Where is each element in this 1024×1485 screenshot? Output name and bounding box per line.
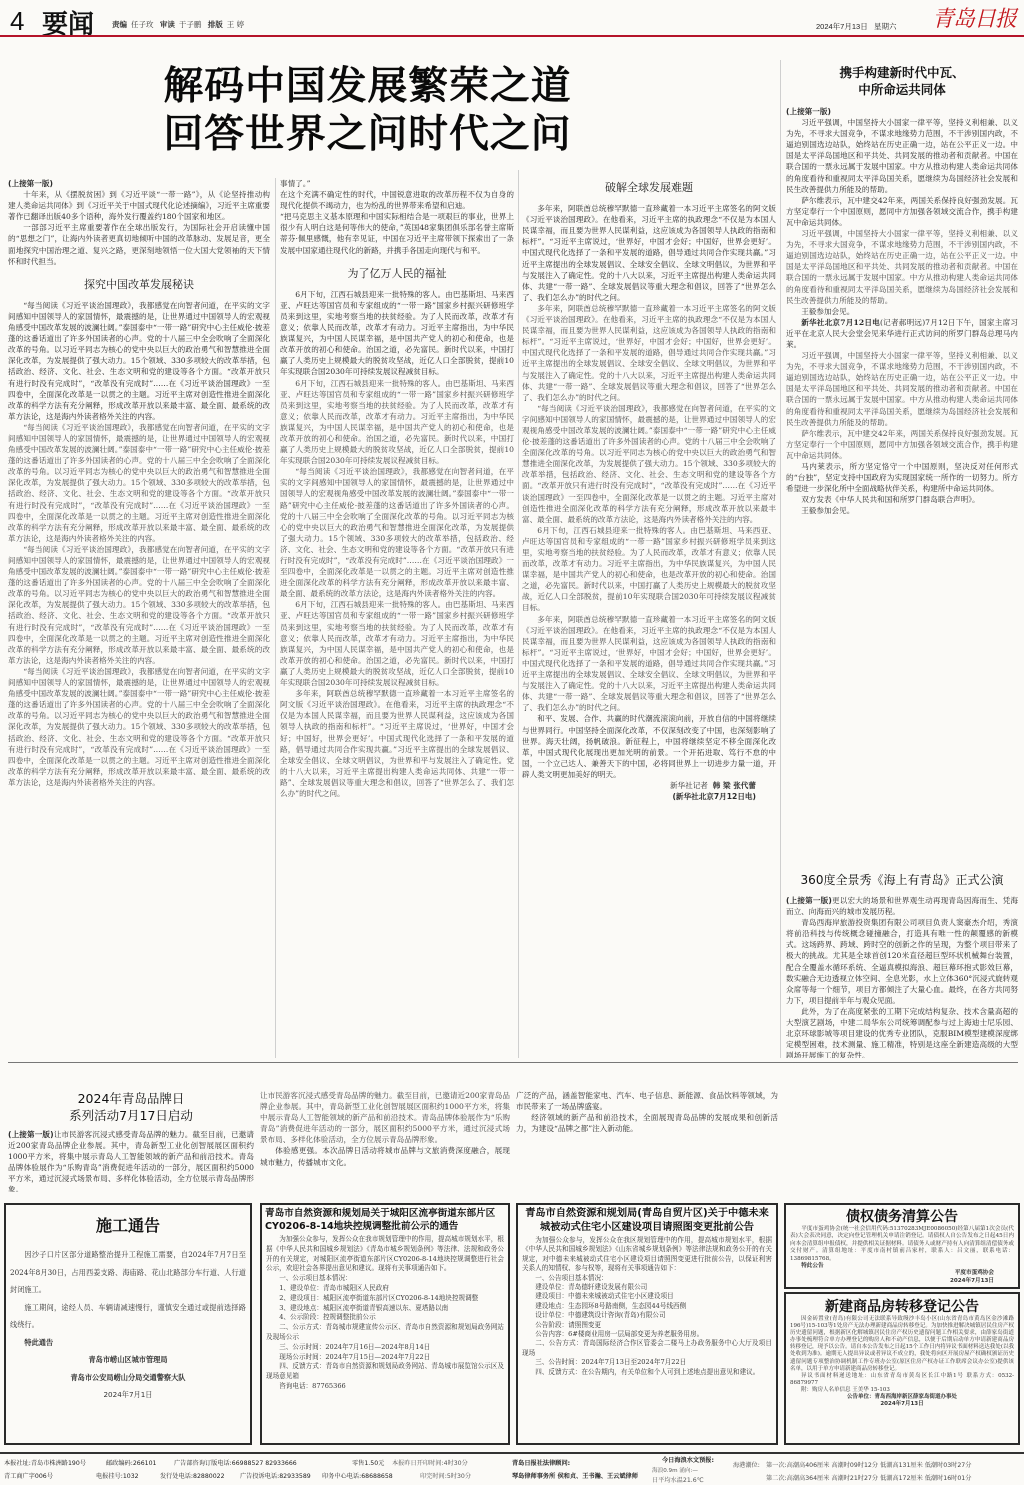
paragraph: “每当阅读《习近平谈治国理政》，我都感觉在向智者问道，在平实的文字间感知中国领导…: [8, 544, 270, 666]
continued-marker: (上接第一版): [786, 896, 832, 905]
paragraph: 经济领域的新产品和前沿技术，全面展现青岛品牌的发展成果和创新活力，为建设“品牌之…: [516, 1112, 778, 1134]
issue-date: 2024年7月13日 星期六: [816, 21, 896, 32]
article-title: 携手构建新时代中瓦、 中所命运共同体: [786, 64, 1018, 98]
footer-price: 零售1.50元: [352, 1458, 384, 1467]
main-article-column-3: 破解全球发展难题 多年来，阿联酋总统穆罕默德一直珍藏着一本习近平主席签名的阿文版…: [522, 168, 776, 1058]
paragraph: 为加强公众参与，发挥公众在我市规划管理中的作用，提高城市规划水平，根据《中华人民…: [266, 1235, 504, 1274]
paragraph: 因沙子口片区部分道路整治提升工程施工需要，自2024年7月7日至2024年8月3…: [10, 1246, 246, 1299]
notice-title: 青岛市自然资源和规划局(青岛自贸片区)关于中德未来城被动式住宅小区建设项目请照图…: [518, 1205, 776, 1236]
paragraph: “每当阅读《习近平谈治国理政》，我都感觉在向智者问道，在平实的文字间感知中国领导…: [8, 666, 270, 788]
footer-postcode: 邮政编码:266101: [106, 1458, 156, 1467]
masthead: 4 要闻 责编任子玫 审读于子鹏 排版王 婷 2024年7月13日 星期六 青岛…: [0, 0, 1024, 38]
date: 2024年7月13日: [816, 22, 868, 31]
paragraph: 让市民游客沉浸式感受青岛品牌的魅力。截至目前，已邀请近200家青岛品牌企业参展。…: [8, 1130, 254, 1192]
zhongde-planning-notice: 青岛市自然资源和规划局(青岛自贸片区)关于中德未来城被动式住宅小区建设项目请照图…: [516, 1203, 778, 1445]
paragraph: 6月下旬，江西石城县迎来一批特殊的客人。由巴基斯坦、马来西亚、卢旺达等国官员和专…: [280, 289, 514, 378]
column-divider: [780, 60, 781, 1058]
notice-title: 债权债务清算公告: [786, 1206, 1018, 1226]
list-item: 1、建设单位：青岛市城阳区人民政府: [266, 1284, 504, 1294]
dateline-lead: 新华社北京7月12日电: [801, 318, 880, 327]
byline: 新华社记者 韩 梁 张代蕾: [522, 780, 756, 791]
paragraph: 十年来，从《摆脱贫困》到《习近平谈“一带一路”》，从《论坚持推动构建人类命运共同…: [8, 189, 270, 222]
credit-label: 排版: [208, 20, 223, 29]
headline-line-1: 解码中国发展繁荣之道: [164, 62, 623, 110]
notice-date: 2024年7月13日: [790, 1278, 994, 1285]
paragraph: 习近平强调，中国坚持大小国家一律平等，坚持义利相兼、以义为先，不寻求大国竞争，不…: [786, 117, 1018, 195]
construction-notice: 施工通告 因沙子口片区部分道路整治提升工程施工需要，自2024年7月7日至202…: [4, 1203, 252, 1445]
list-item: 4、公示阶段：控规调整批前公示: [266, 1313, 504, 1323]
credit-label: 责编: [112, 20, 127, 29]
list-item: 三、公示时间：2024年7月16日—2024年8月14日: [266, 1343, 504, 1353]
footer-print-center: 印务中心电话:68688658: [322, 1471, 393, 1480]
page-number: 4: [10, 6, 24, 37]
article-title: 2024年青岛品牌日 系列活动7月17日启动: [8, 1090, 254, 1124]
paragraph: 和平、发展、合作、共赢的时代潮流滚滚向前，开放自信的中国将继续与世界同行。中国坚…: [522, 713, 776, 780]
paragraph: 平度市蛋鸡协会(统一社会信用代码:51370283MJE0086050)经第八届…: [790, 1226, 1014, 1263]
paragraph: 广泛的产品，涵盖智能家电、汽车、电子信息、新能源、食品饮料等领域，为市民带来了一…: [516, 1090, 778, 1112]
editor-credits: 责编任子玫 审读于子鹏 排版王 婷: [112, 19, 248, 30]
chengyang-planning-notice: 青岛市自然资源和规划局关于城阳区流亭街道东部片区CY0206-8-14地块控规调…: [260, 1203, 510, 1445]
list-item: 三、公告时间：2024年7月13日至2024年7月22日: [522, 1358, 772, 1367]
section-heading: 为了亿万人民的福祉: [280, 268, 514, 279]
side-article-diplomacy: 携手构建新时代中瓦、 中所命运共同体 (上接第一版) 习近平强调，中国坚持大小国…: [786, 64, 1018, 850]
issuer: 平度市蛋鸡协会: [790, 1270, 994, 1277]
footer-license: 青工商广字006号: [4, 1471, 53, 1480]
masthead-rule: [0, 35, 1024, 37]
footer-tide-label: 海港潮位:: [733, 1460, 760, 1469]
paragraph: 体验感更强。本次品牌日活动将城市品牌与文旅消费深度融合，展现城市魅力，传播城市文…: [260, 1145, 510, 1167]
notice-title: 青岛市自然资源和规划局关于城阳区流亭街道东部片区CY0206-8-14地块控规调…: [262, 1205, 508, 1235]
list-item: 二、公告方式：青岛国际经济合作区管委会二楼马上办政务服务中心大厅及项目现场: [522, 1339, 772, 1358]
list-item: 2、建设项目：城阳区流亭街道东部片区CY0206-8-14地块控规调整: [266, 1294, 504, 1304]
brand-day-article-col-2: 让市民游客沉浸式感受青岛品牌的魅力。截至目前，已邀请近200家青岛品牌企业参展。…: [260, 1090, 510, 1192]
title-line-2: 系列活动7月17日启动: [8, 1107, 254, 1124]
list-item: 二、公示方式：青岛城市规建宣传公示区、青岛市自然资源和规划局政务网站及现场公示: [266, 1323, 504, 1343]
side-article-360-show: 360度全景秀《海上有青岛》正式公演 (上接第一版)更以宏大的场景和世界观生动再…: [786, 872, 1018, 1058]
paragraph: 王毅参加会见。: [786, 306, 1018, 317]
section-heading: 破解全球发展难题: [522, 182, 776, 193]
page-footer: 本报社址:青岛市株洲路190号 邮政编码:266101 广告部咨询订版电话:66…: [0, 1452, 1024, 1485]
paragraph: 施工期间，途经人员、车辆请减速慢行，谨慎安全通过或提前选择路线绕行。: [10, 1299, 246, 1334]
paragraph: 多年来，阿联酋总统穆罕默德一直珍藏着一本习近平主席签名的阿文版《习近平谈治国理政…: [522, 614, 776, 714]
paragraph: 双方发表《中华人民共和国和所罗门群岛联合声明》。: [786, 494, 1018, 505]
list-item: 设计单位：中德建筑设计咨询(青岛)有限公司: [522, 1311, 772, 1320]
list-item: 3、建设地点：城阳区流亭街道青银高速以东、夏塔路以南: [266, 1304, 504, 1314]
newspaper-logo: 青岛日报: [932, 2, 1016, 33]
housing-registration-notice: 新建商品房转移登记公告 因金砖置业(青岛)有限公司无法联系导致缦沙丰岛小区(山东…: [784, 1292, 1020, 1445]
list-item: 四、反馈方式：青岛市自然资源和规划局政务网站、青岛城市展览馆公示区及现场意见箱: [266, 1362, 504, 1382]
paragraph: 多年来，阿联酋总统穆罕默德一直珍藏着一本习近平主席签名的阿文版《习近平谈治国理政…: [522, 303, 776, 403]
credit-name: 任子玫: [131, 20, 154, 29]
paragraph: 附：购房人名单信息 王美华 15-103: [790, 1387, 1014, 1394]
paragraph: 萨尔维表示，瓦中建交42年来，两国关系保持良好强劲发展。瓦方坚定奉行一个中国原则…: [786, 195, 1018, 228]
section-divider: [8, 1062, 1018, 1063]
column-divider: [275, 178, 276, 1058]
paragraph: 让市民游客沉浸式感受青岛品牌的魅力。截至目前，已邀请近200家青岛品牌企业参展。…: [260, 1090, 510, 1145]
continued-marker: (上接第一版): [8, 179, 53, 188]
footer-water-temp: 日平均水温21.6℃: [652, 1475, 704, 1484]
notice-title: 新建商品房转移登记公告: [786, 1296, 1018, 1316]
footer-telegram: 电报挂号:1032: [96, 1471, 139, 1480]
credit-name: 王 婷: [227, 20, 244, 29]
paragraph: 青岛西海岸旅游投资集团有限公司项目负责人窦豪杰介绍，秀演将前沿科技与传统概念碰撞…: [786, 917, 1018, 1006]
paragraph: 事情了。” 在这个充满不确定性的时代，中国锐意进取的改革历程不仅为自身的现代化提…: [280, 178, 514, 256]
paragraph: 多年来，阿联酋总统穆罕默德一直珍藏着一本习近平主席签名的阿文版《习近平谈治国理政…: [280, 688, 514, 799]
title-line-1: 2024年青岛品牌日: [8, 1090, 254, 1107]
headline-line-2: 回答世界之问时代之问: [164, 110, 623, 158]
footer-wave: 海浪0.9m 涌向:—: [652, 1466, 698, 1474]
footer-address: 本报社址:青岛市株洲路190号: [4, 1458, 86, 1467]
brand-day-article: 2024年青岛品牌日 系列活动7月17日启动 (上接第一版)让市民游客沉浸式感受…: [8, 1090, 254, 1192]
title-line-2: 中所命运共同体: [786, 81, 1018, 98]
paragraph: 王毅参加会见。: [786, 505, 1018, 516]
paragraph: 萨尔维表示，瓦中建交42年来，两国关系保持良好强劲发展。瓦方坚定奉行一个中国原则…: [786, 428, 1018, 461]
paragraph: “每当阅读《习近平谈治国理政》，我都感觉在向智者问道，在平实的文字间感知中国领导…: [8, 422, 270, 544]
credit-label: 审读: [160, 20, 175, 29]
footer-tide-1: 第一次:高潮高406厘米 高潮时09时12分 低潮高131厘米 低潮时03时27…: [766, 1460, 971, 1469]
paragraph: 一部部习近平主席重要著作在全球出版发行，为国际社会开启读懂中国的“思想之门”，让…: [8, 222, 270, 266]
debt-liquidation-notice: 债权债务清算公告 平度市蛋鸡协会(统一社会信用代码:51370283MJE008…: [784, 1203, 1020, 1289]
notice-closing: 特此通告: [10, 1334, 246, 1352]
title-line-1: 携手构建新时代中瓦、: [786, 64, 1018, 81]
paragraph: “每当阅读《习近平谈治国理政》，我都感觉在向智者问道，在平实的文字间感知中国领导…: [8, 300, 270, 422]
footer-complaint: 广告投诉电话:82933589: [240, 1471, 311, 1480]
list-item: 一、公告项目基本情况：: [522, 1274, 772, 1283]
footer-print-end: 印完时间:5时30分: [420, 1471, 471, 1480]
continued-marker: (上接第一版): [786, 107, 831, 116]
footer-legal-firm: 琴岛律师事务所 侯和贞、王书瀚、王云斌律师: [512, 1471, 638, 1480]
list-item: 公告阶段：请照图变更: [522, 1321, 772, 1330]
footer-ad-phone: 广告部咨询订版电话:66988527 82933666: [174, 1458, 297, 1467]
main-headline: 解码中国发展繁荣之道 回答世界之问时代之问: [164, 62, 623, 158]
paragraph: 6月下旬，江西石城县迎来一批特殊的客人。由巴基斯坦、马来西亚、卢旺达等国官员和专…: [522, 525, 776, 614]
main-article-column-2: 事情了。” 在这个充满不确定性的时代，中国锐意进取的改革历程不仅为自身的现代化提…: [280, 178, 514, 1058]
notice-date: 2024年7月1日: [10, 1386, 246, 1404]
main-article-column-1: (上接第一版) 十年来，从《摆脱贫困》到《习近平谈“一带一路”》，从《论坚持推动…: [8, 178, 270, 1058]
paragraph: 6月下旬，江西石城县迎来一批特殊的客人。由巴基斯坦、马来西亚、卢旺达等国官员和专…: [280, 378, 514, 467]
news-dateline: (新华社北京7月12日电): [522, 791, 756, 802]
footer-print-start: 本报昨日开印时间:4时30分: [392, 1458, 468, 1467]
weekday: 星期六: [874, 22, 897, 31]
list-item: 建设地点：生态园环8号路南侧，生态园44号线西侧: [522, 1302, 772, 1311]
footer-legal-title: 青岛日报社法律顾问:: [512, 1458, 570, 1467]
paragraph: 多年来，阿联酋总统穆罕默德一直珍藏着一本习近平主席签名的阿文版《习近平谈治国理政…: [522, 203, 776, 303]
notice-title: 施工通告: [6, 1213, 250, 1236]
footer-forecast-title: 今日海浪水文预报:: [662, 1455, 714, 1464]
paragraph: 此外，为了在高度紧张的工期下完成结构复杂、技术含量高超的大型演艺剧场，中建二局华…: [786, 1006, 1018, 1058]
byline-label: 新华社记者: [670, 781, 708, 790]
list-item: 咨询电话：87765366: [266, 1382, 504, 1392]
credit-name: 于子鹏: [179, 20, 202, 29]
list-item: 四、反馈方式：在公告期内，有关单位和个人可到上述地点提出意见和建议。: [522, 1368, 772, 1377]
article-title: 360度全景秀《海上有青岛》正式公演: [786, 872, 1018, 889]
issuer-1: 青岛市崂山区城市管理局: [10, 1351, 246, 1369]
issuer-2: 青岛市公安局崂山分局交通警察大队: [10, 1369, 246, 1387]
column-divider: [518, 170, 519, 1058]
notice-date: 2024年7月13日: [790, 1401, 1014, 1408]
footer-tide-2: 第二次:高潮高364厘米 高潮时21时27分 低潮高172厘米 低潮时16时01…: [766, 1473, 971, 1482]
paragraph: 习近平强调，中国坚持大小国家一律平等，坚持义利相兼、以义为先，不寻求大国竞争，不…: [786, 228, 1018, 306]
footer-distribution: 发行处电话:82880022: [160, 1471, 225, 1480]
paragraph: 为加强公众参与，发挥公众在我区规划管理中的作用，提高城市规划水平，根据《中华人民…: [522, 1236, 772, 1274]
list-item: 建设项目：中德未来城被动式住宅小区建设项目: [522, 1292, 772, 1301]
paragraph: 因金砖置业(青岛)有限公司无法联系导致缦沙丰岛小区(山东省青岛市黄岛区金沙滩路1…: [790, 1316, 1014, 1373]
brand-day-article-col-3: 广泛的产品，涵盖智能家电、汽车、电子信息、新能源、食品饮料等领域，为市民带来了一…: [516, 1090, 778, 1192]
paragraph: 习近平强调，中国坚持大小国家一律平等，坚持义利相兼、以义为先，不寻求大国竞争，不…: [786, 350, 1018, 428]
continued-marker: (上接第一版): [8, 1130, 54, 1139]
list-item: 一、公示项目基本情况：: [266, 1274, 504, 1284]
byline-names: 韩 梁 张代蕾: [713, 781, 756, 790]
list-item: 现场公示时间：2024年7月15日—2024年7月22日: [266, 1353, 504, 1363]
paragraph: “每当阅读《习近平谈治国理政》，我都感觉在向智者问道，在平实的文字间感知中国领导…: [522, 403, 776, 525]
paragraph: 6月下旬，江西石城县迎来一批特殊的客人。由巴基斯坦、马来西亚、卢旺达等国官员和专…: [280, 599, 514, 688]
paragraph: 马内莱表示，所方坚定恪守一个中国原则，坚决反对任何形式的“台独”，坚定支持中国政…: [786, 461, 1018, 494]
paragraph: “每当阅读《习近平谈治国理政》，我都感觉在向智者问道，在平实的文字间感知中国领导…: [280, 466, 514, 599]
paragraph: 异议书面材料递送地址：山东省青岛市黄岛区长江中路1号 联系方式：0532-868…: [790, 1373, 1014, 1387]
section-heading: 探究中国改革发展秘诀: [8, 279, 270, 290]
